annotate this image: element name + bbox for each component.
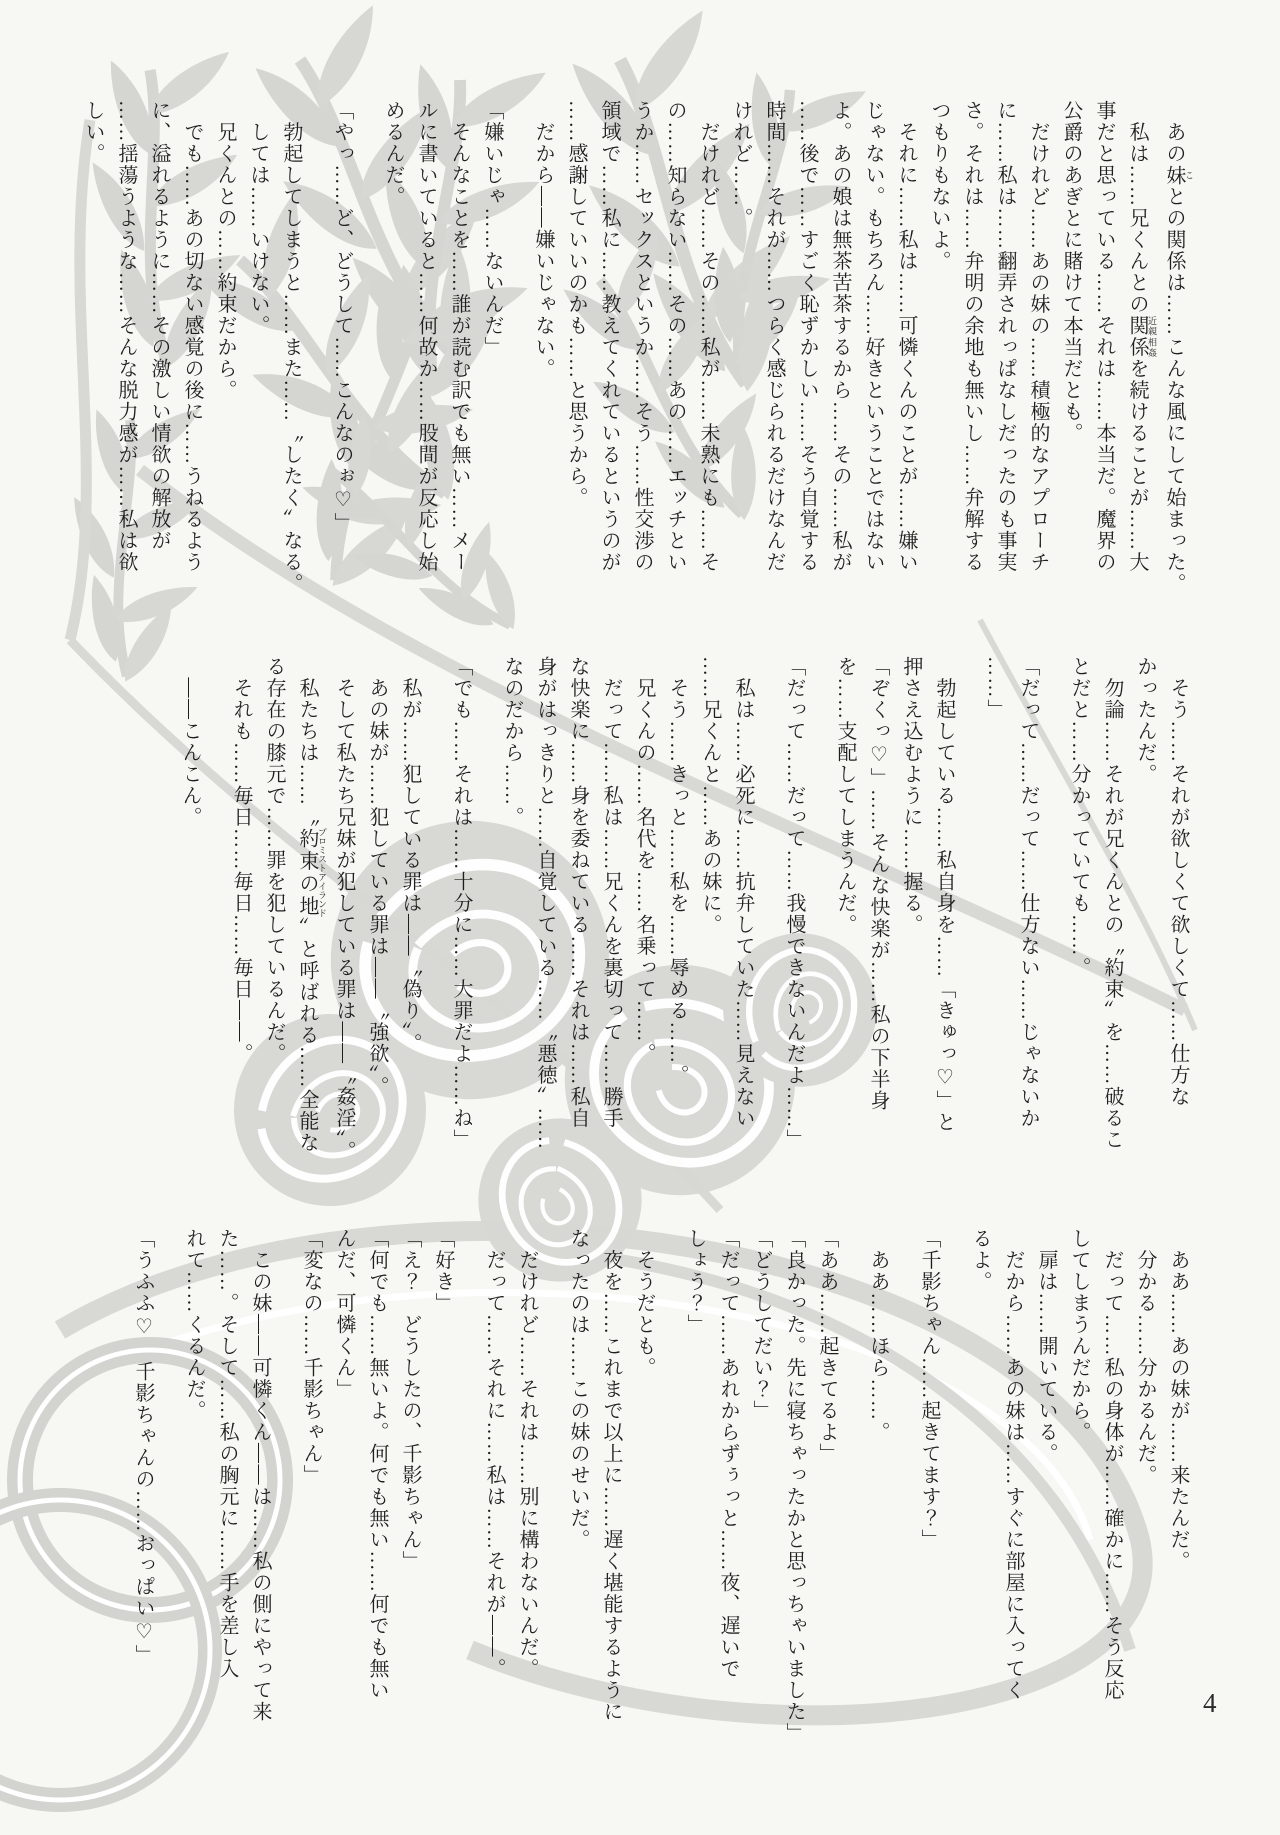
text-column: なったのは……この妹のせいだ。 bbox=[561, 1228, 594, 1798]
text-column: そう……きっと……私を……辱める……。 bbox=[660, 656, 693, 1186]
text-column: それに……私は……可憐くんのことが……嫌い bbox=[889, 100, 922, 624]
text-column: だから……あの妹は……すぐに部屋に入ってく bbox=[996, 1228, 1029, 1798]
text-column: 私は……必死に……抗弁していた……見えない bbox=[726, 656, 759, 1186]
text-column: 分かる……分かるんだ。 bbox=[1128, 1228, 1161, 1798]
text-column: しょう？」 bbox=[678, 1228, 711, 1798]
text-column: さ。それは……弁明の余地も無いし……弁解する bbox=[955, 100, 988, 624]
text-column: 「うふふ♡ 千影ちゃんの……おっぱい♡」 bbox=[126, 1228, 159, 1798]
text-column: 「嫌いじゃ……ないんだ」 bbox=[475, 100, 508, 624]
text-column: ……揺蕩うような……そんな脱力感が……私は欲 bbox=[109, 100, 142, 624]
text-column: だから――嫌いじゃない。 bbox=[526, 100, 559, 624]
text-column: ……兄くんと……あの妹に。 bbox=[693, 656, 726, 1186]
text-column: 「千影ちゃん……起きてます？」 bbox=[912, 1228, 945, 1798]
text-column: 兄くんの……名代を……名乗って……。 bbox=[627, 656, 660, 1186]
text-column: る存在の膝元で……罪を犯しているんだ。 bbox=[257, 656, 290, 1186]
text-column: じゃない。もちろん……好きということではない bbox=[856, 100, 889, 624]
text-column: に……私は……翻弄されっぱなしだったのも事実 bbox=[988, 100, 1021, 624]
text-column: そうだとも。 bbox=[627, 1228, 660, 1798]
text-column: 扉は……開いている。 bbox=[1029, 1228, 1062, 1798]
text-column: そんなことを……誰が読む訳でも無い……メー bbox=[442, 100, 475, 624]
text-column: 「やっ……ど、どうして……こんなのぉ♡」 bbox=[325, 100, 358, 624]
text-column: そう……それが欲しくて欲しくて……仕方な bbox=[1161, 656, 1194, 1186]
text-column: けれど……。 bbox=[724, 100, 757, 624]
text-column: だけれど……それは……別に構わないんだ。 bbox=[510, 1228, 543, 1798]
text-block-bottom: ああ……あの妹が……来たんだ。 分かる……分かるんだ。 だって……私の身体が……… bbox=[126, 1228, 1194, 1798]
text-column: の……知らない……その……あの……エッチとい bbox=[658, 100, 691, 624]
text-column: してしまうんだから。 bbox=[1062, 1228, 1095, 1798]
text-column: 勃起してしまうと……また……〝したく〟なる。 bbox=[274, 100, 307, 624]
text-column: 押さえ込むように……握る。 bbox=[894, 656, 927, 1186]
text-column: な快楽に……身を委ねている……それは……私自 bbox=[561, 656, 594, 1186]
text-column: 「良かった。先に寝ちゃったかと思っちゃいました」 bbox=[777, 1228, 810, 1798]
text-column: た……。そして……私の胸元に……手を差し入 bbox=[210, 1228, 243, 1798]
text-column: ルに書いていると……何故か……股間が反応し始 bbox=[409, 100, 442, 624]
text-column: だけれど……その……私が……未熟にも……そ bbox=[691, 100, 724, 624]
text-column: ああ……ほら……。 bbox=[861, 1228, 894, 1798]
text-column: かったんだ。 bbox=[1128, 656, 1161, 1186]
text-column: 「ああ……起きてるよ」 bbox=[810, 1228, 843, 1798]
text-block-middle: そう……それが欲しくて欲しくて……仕方なかったんだ。 勿論……それが兄くんとの〝… bbox=[173, 656, 1194, 1186]
text-column: に、溢れるように……その激しい情欲の解放が bbox=[142, 100, 175, 624]
text-column: 「だって……だって……仕方ない……じゃないか bbox=[1011, 656, 1044, 1186]
text-column: 領域で……私に……教えてくれているというのが bbox=[592, 100, 625, 624]
page-number: 4 bbox=[1203, 1688, 1217, 1719]
text-column: ああ……あの妹が……来たんだ。 bbox=[1161, 1228, 1194, 1798]
text-column: よ。あの娘は無茶苦茶するから……その……私が bbox=[823, 100, 856, 624]
text-column: しては……いけない。 bbox=[241, 100, 274, 624]
text-column: でも……あの切ない感覚の後に……うねるよう bbox=[175, 100, 208, 624]
text-column: 勃起している……私自身を……「きゅっ♡」と bbox=[927, 656, 960, 1186]
text-column: そして私たち兄妹が犯している罪は――〝姦淫〟。 bbox=[327, 656, 360, 1186]
text-column: この妹――可憐くん――は……私の側にやって来 bbox=[243, 1228, 276, 1798]
text-column: 夜を……これまで以上に……遅く堪能するように bbox=[594, 1228, 627, 1798]
text-column: 「好き」 bbox=[426, 1228, 459, 1798]
text-column: だって……私の身体が……確かに……そう反応 bbox=[1095, 1228, 1128, 1798]
text-column: それも……毎日……毎日……毎日――。 bbox=[224, 656, 257, 1186]
text-column: 「え？ どうしたの、千影ちゃん」 bbox=[393, 1228, 426, 1798]
text-block-top: あの妹ことの関係は……こんな風にして始まった。 私は……兄くんとの関係近親相姦を… bbox=[76, 100, 1194, 624]
text-column: 私は……兄くんとの関係近親相姦を続けることが……大 bbox=[1120, 100, 1157, 624]
text-column: んだ、可憐くん」 bbox=[327, 1228, 360, 1798]
text-column: 事だと思っている……それは……本当だ。魔界の bbox=[1087, 100, 1120, 624]
text-column: ……後で……すごく恥ずかしい……そう自覚する bbox=[790, 100, 823, 624]
text-column: 時間……それが……つらく感じられるだけなんだ bbox=[757, 100, 790, 624]
text-column: あの妹ことの関係は……こんな風にして始まった。 bbox=[1157, 100, 1194, 624]
text-column: 私たちは……〝約束の地プロミストアイランド〟と呼ばれる……全能な bbox=[290, 656, 327, 1186]
text-column: 「だって……だって……我慢できないんだよ……」 bbox=[777, 656, 810, 1186]
text-column: 「ぞくっ♡」……そんな快楽が……私の下半身 bbox=[861, 656, 894, 1186]
text-column: つもりもないよ。 bbox=[922, 100, 955, 624]
text-column: ――こんこん。 bbox=[173, 656, 206, 1186]
text-column: を……支配してしまうんだ。 bbox=[828, 656, 861, 1186]
text-column: 「でも……それは……十分に……大罪だよ……ね」 bbox=[444, 656, 477, 1186]
text-column: 「何でも……無いよ。何でも無い……何でも無い bbox=[360, 1228, 393, 1798]
text-column: なのだから……。 bbox=[495, 656, 528, 1186]
text-column: しい。 bbox=[76, 100, 109, 624]
text-column: 勿論……それが兄くんとの〝約束〟を……破るこ bbox=[1095, 656, 1128, 1186]
text-column: 公爵のあぎとに賭けて本当だとも。 bbox=[1054, 100, 1087, 624]
text-column: 身がはっきりと……自覚している……〝悪徳〟…… bbox=[528, 656, 561, 1186]
text-column: ……」 bbox=[978, 656, 1011, 1186]
text-column: ……感謝していいのかも……と思うから。 bbox=[559, 100, 592, 624]
text-column: とだと……分かっていても……。 bbox=[1062, 656, 1095, 1186]
text-column: あの妹が……犯している罪は――〝強欲〟。 bbox=[360, 656, 393, 1186]
text-column: 「変なの……千影ちゃん」 bbox=[294, 1228, 327, 1798]
doujin-novel-page: あの妹ことの関係は……こんな風にして始まった。 私は……兄くんとの関係近親相姦を… bbox=[0, 0, 1280, 1835]
text-column: 私が……犯している罪は――〝偽り〟。 bbox=[393, 656, 426, 1186]
text-column: 兄くんとの……約束だから。 bbox=[208, 100, 241, 624]
text-column: 「どうしてだい？」 bbox=[744, 1228, 777, 1798]
text-column: れて……くるんだ。 bbox=[177, 1228, 210, 1798]
text-column: うか……セックスというか……そう……性交渉の bbox=[625, 100, 658, 624]
text-column: だって……それに……私は……それが――。 bbox=[477, 1228, 510, 1798]
text-column: だって……私は……兄くんを裏切って……勝手 bbox=[594, 656, 627, 1186]
text-column: るよ。 bbox=[963, 1228, 996, 1798]
text-column: だけれど……あの妹の……積極的なアプローチ bbox=[1021, 100, 1054, 624]
text-column: めるんだ。 bbox=[376, 100, 409, 624]
text-column: 「だって……あれからずぅっと……夜、遅いで bbox=[711, 1228, 744, 1798]
